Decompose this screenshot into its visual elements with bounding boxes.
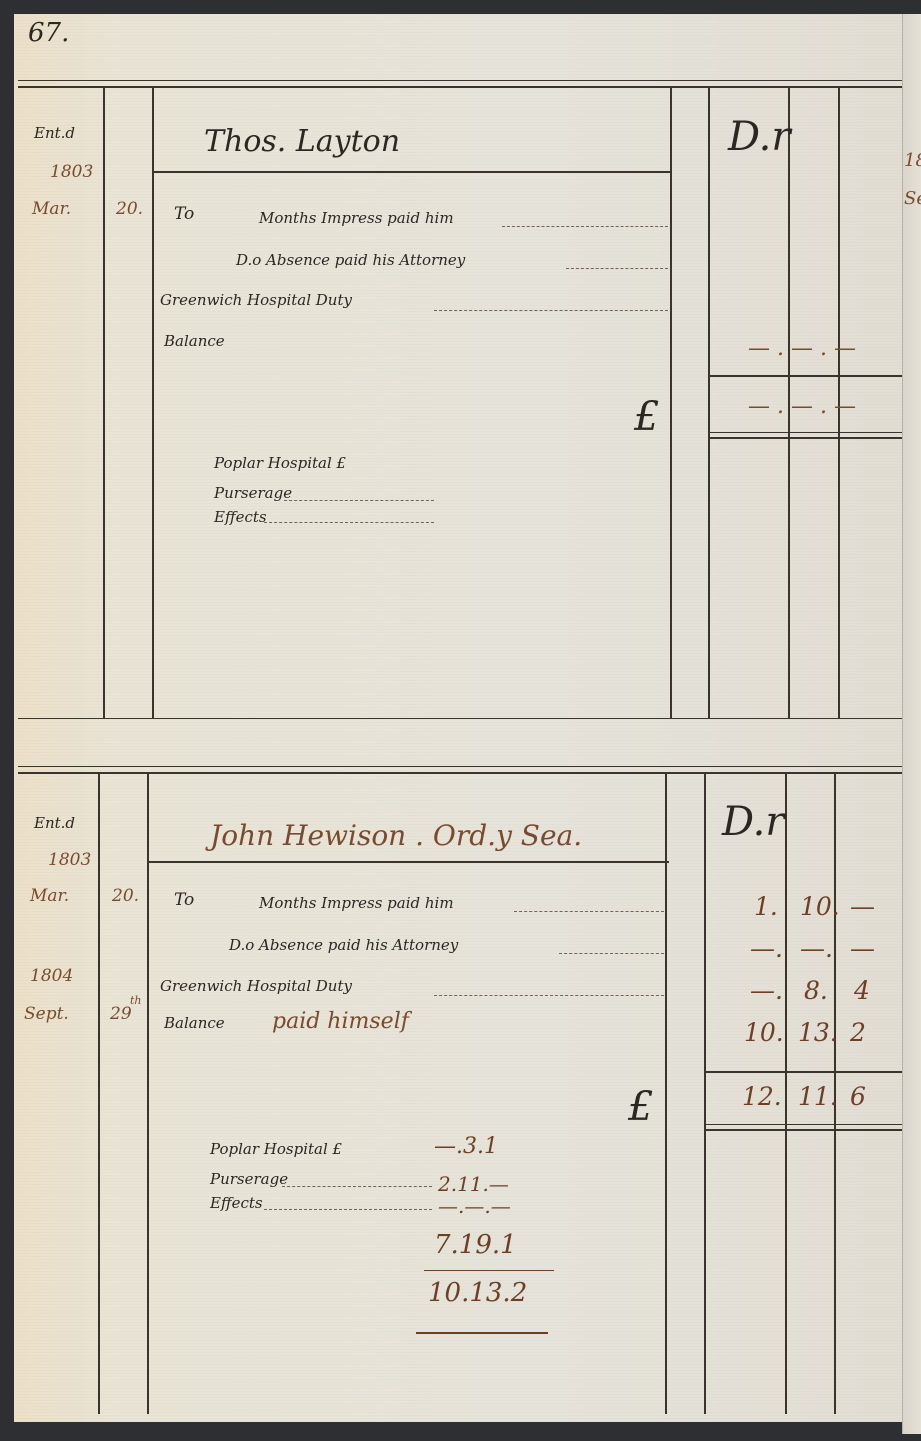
shillings: —. [800,934,833,963]
total-rule [708,432,902,433]
entered-label: Ent.d [34,814,75,832]
facing-page-fragment: 18 [904,150,921,171]
total-rule [708,437,902,439]
account-name: Thos. Layton [204,124,400,159]
line-label: D.o Absence paid his Attorney [236,251,465,269]
rule [18,718,902,719]
subtotal-rule [424,1270,554,1271]
date-day: 20. [116,199,143,219]
pence: — [850,934,875,963]
line-label: Months Impress paid him [259,894,454,912]
total-amount: — . — . — [748,394,856,419]
balance-annotation: paid himself [272,1009,409,1034]
later-day: 29 [110,1004,132,1024]
pence: 4 [854,976,870,1005]
total-pence: 6 [850,1082,866,1111]
entered-year: 1803 [48,850,91,870]
line-label: Balance [164,1014,225,1032]
column-rule [147,774,149,1414]
balance-amount: — . — . — [748,336,856,361]
total-rule [708,375,902,377]
deductions-subtotal: 7.19.1 [434,1230,517,1260]
rule [18,772,902,774]
deduction-amount: —.—.— [438,1194,511,1218]
ledger-page: 67. Ent.d D.r Thos. Layton 1803 Mar. 20.… [14,14,902,1422]
net-underline [416,1332,548,1334]
total-shillings: 11. [798,1082,838,1111]
leader-dots [502,226,668,227]
total-pounds: 12. [742,1082,782,1111]
line-label: Greenwich Hospital Duty [160,291,352,309]
column-rule [103,88,105,718]
column-rule [670,88,672,718]
debit-header: D.r [728,114,790,160]
leader-dots [264,1209,432,1210]
column-rule [785,774,787,1414]
shillings: 8. [804,976,828,1005]
pounds: 10. [744,1018,784,1047]
rule [18,766,902,767]
entered-year: 1803 [50,162,93,182]
column-rule [98,774,100,1414]
leader-dots [566,268,668,269]
pence: — [850,892,875,921]
deduction-amount: —.3.1 [434,1134,498,1159]
book-spine [902,14,921,1434]
line-label: Greenwich Hospital Duty [160,977,352,995]
net-balance: 10.13.2 [428,1278,527,1308]
line-label: Months Impress paid him [259,209,454,227]
column-rule [152,88,154,718]
leader-dots [434,995,664,996]
column-rule [665,774,667,1414]
leader-dots [434,310,668,311]
entered-label: Ent.d [34,124,75,142]
leader-dots [514,911,664,912]
leader-dots [284,500,434,501]
column-rule [708,88,710,718]
deduction-label: Effects [210,1194,263,1212]
facing-page-fragment: Sep [904,188,921,209]
pounds: 1. [754,892,778,921]
rule [18,86,902,88]
account-name: John Hewison . Ord.y Sea. [210,819,582,852]
deduction-amount: 2.11.— [438,1172,509,1196]
total-rule [704,1129,902,1131]
later-month: Sept. [24,1004,69,1024]
date-month: Mar. [32,199,71,219]
pounds: —. [750,934,783,963]
leader-dots [559,953,664,954]
column-rule [704,774,706,1414]
line-label: Balance [164,332,225,350]
name-underline [152,171,670,173]
debit-header: D.r [722,799,784,845]
leader-dots [282,1186,432,1187]
name-underline [147,861,669,863]
pound-sign: £ [628,1084,653,1130]
deduction-label: Purserage [210,1170,288,1188]
leader-dots [264,522,434,523]
deduction-label: Poplar Hospital £ [210,1140,342,1158]
pence: 2 [850,1018,866,1047]
pound-sign: £ [634,394,659,440]
line-label: D.o Absence paid his Attorney [229,936,458,954]
shillings: 10. [800,892,840,921]
deduction-label: Poplar Hospital £ [214,454,346,472]
page-number: 67. [28,18,69,48]
total-rule [704,1071,902,1073]
rule [18,80,902,81]
shillings: 13. [798,1018,838,1047]
later-year: 1804 [30,966,73,986]
pounds: —. [750,976,783,1005]
line-prefix: To [174,204,194,224]
date-month: Mar. [30,886,69,906]
deduction-label: Effects [214,508,267,526]
total-rule [704,1124,902,1125]
line-prefix: To [174,890,194,910]
deduction-label: Purserage [214,484,292,502]
later-day-suffix: th [130,994,142,1007]
date-day: 20. [112,886,139,906]
